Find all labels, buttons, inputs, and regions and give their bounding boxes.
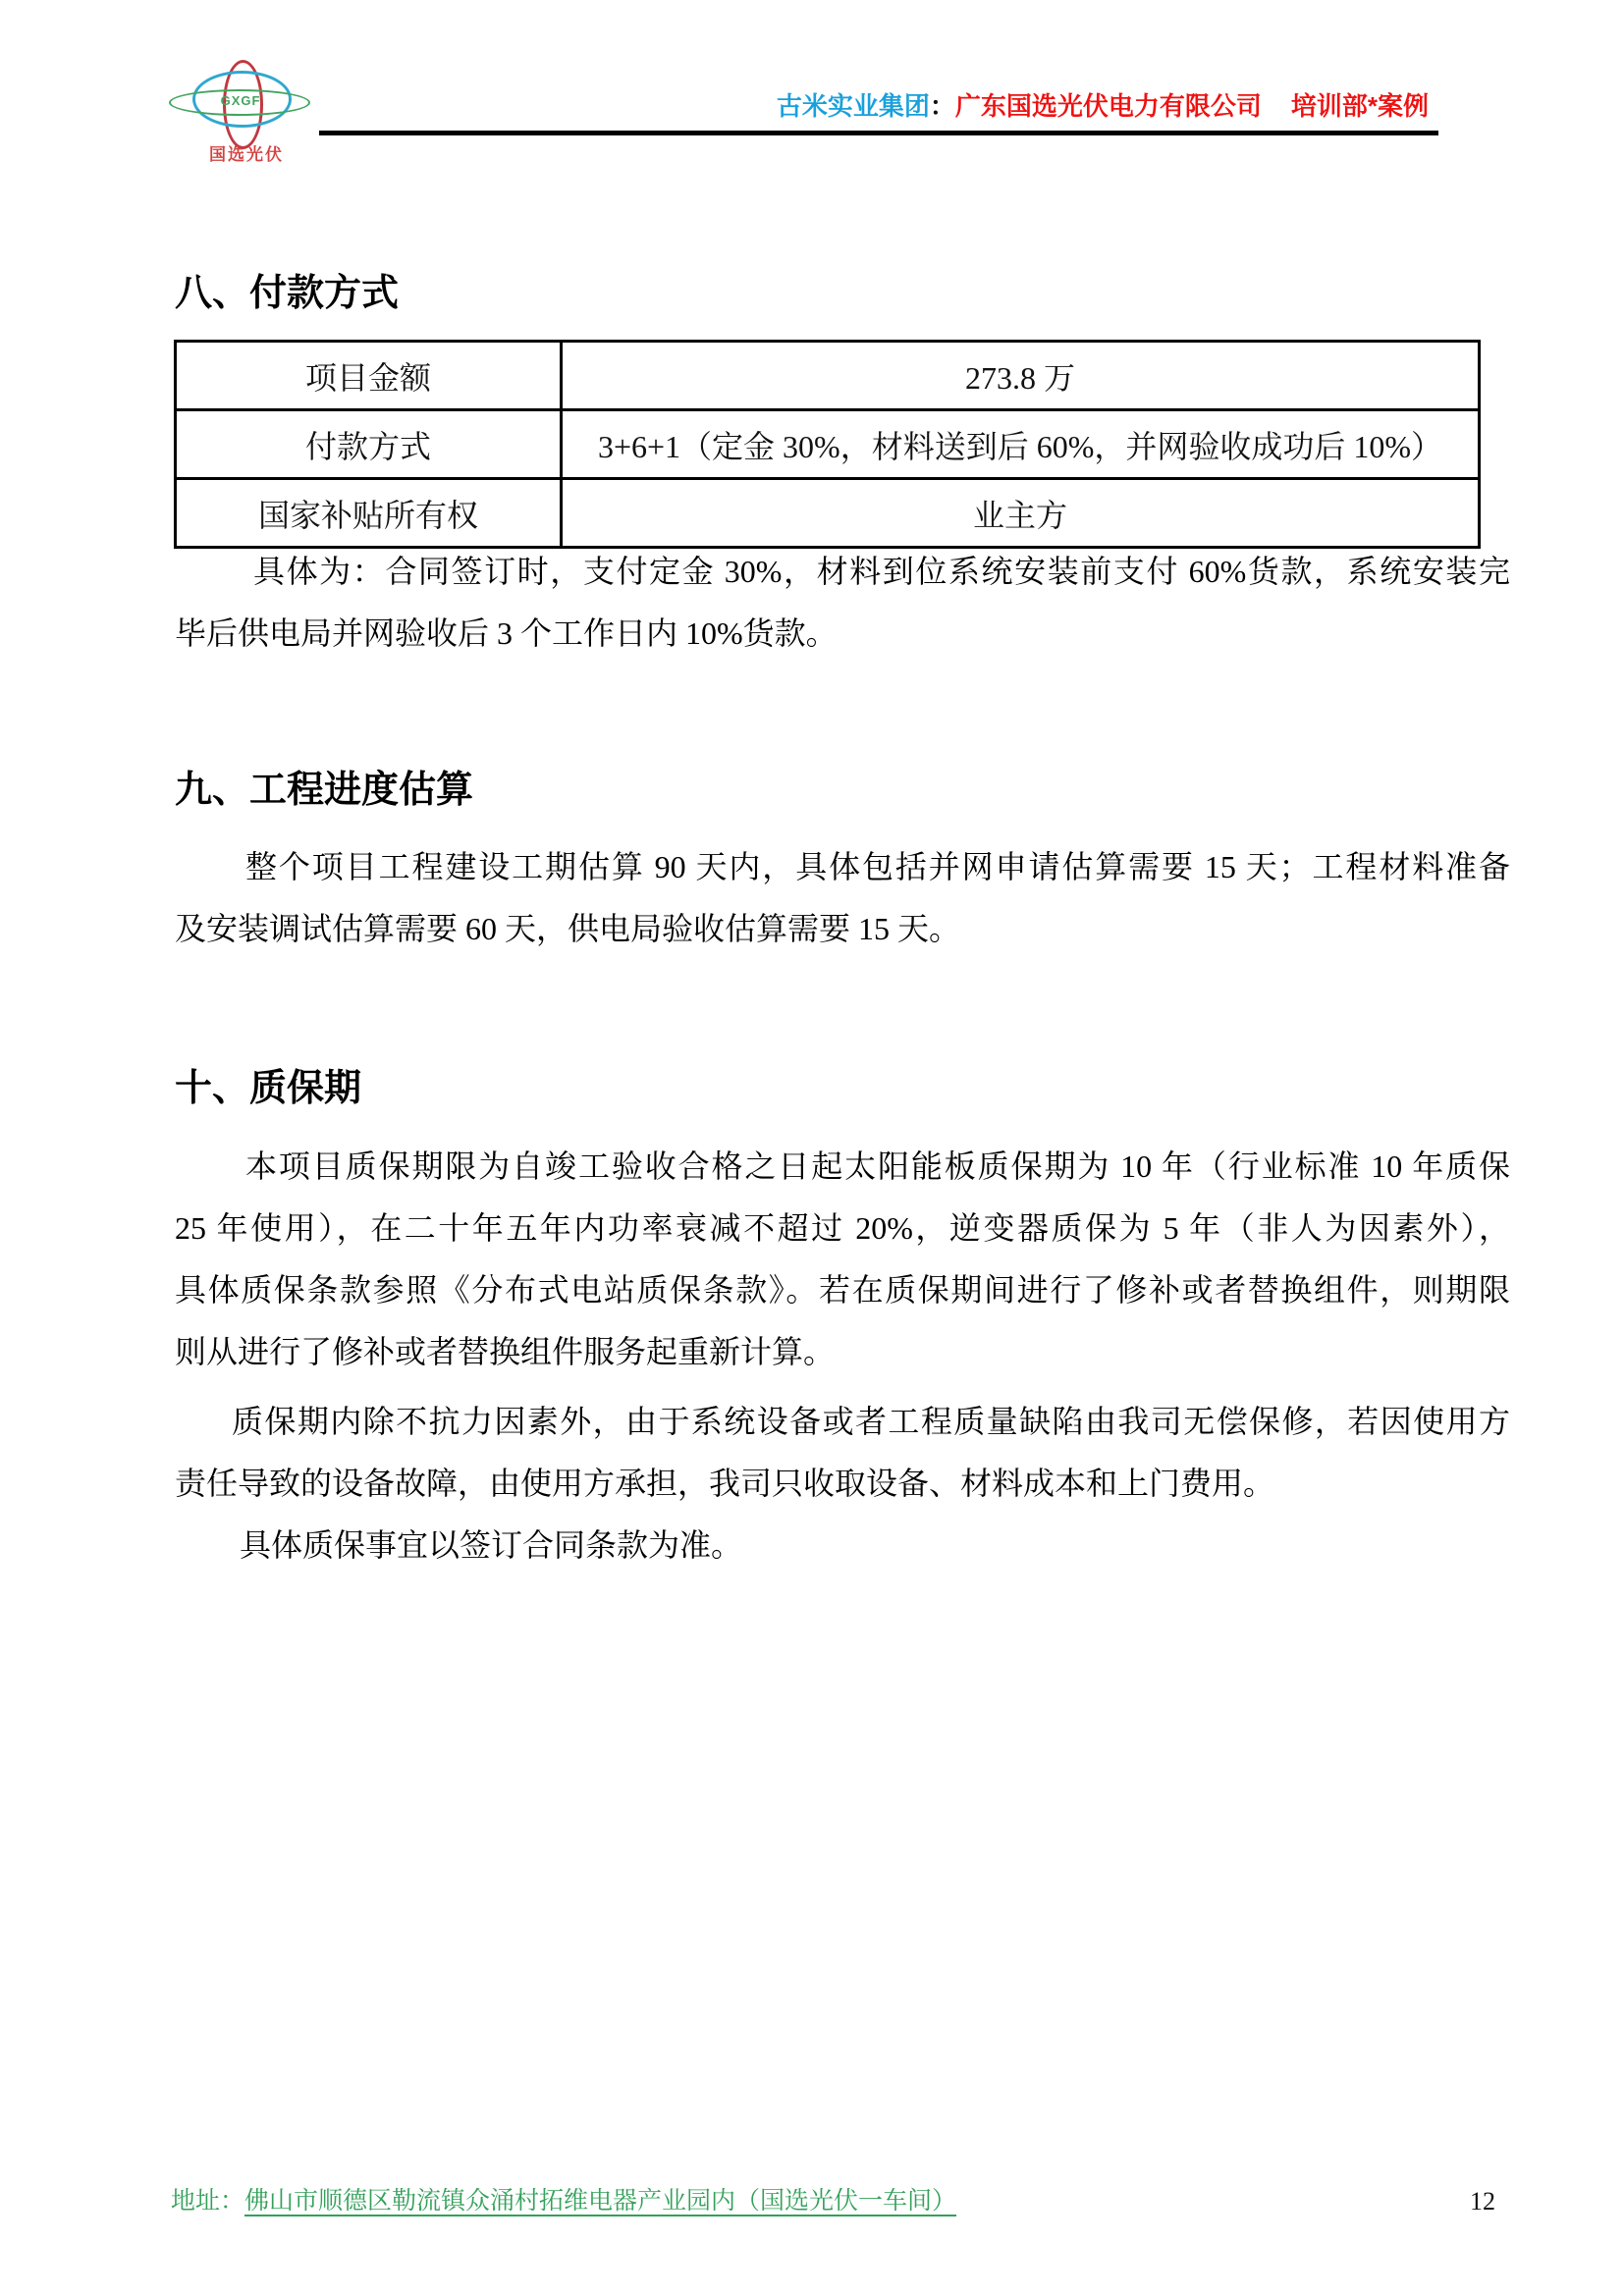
table-cell-value: 3+6+1（定金 30%，材料送到后 60%，并网验收成功后 10%） bbox=[562, 410, 1480, 479]
header-rule bbox=[319, 131, 1438, 135]
table-row: 国家补贴所有权 业主方 bbox=[176, 479, 1480, 548]
warranty-paragraph-1: 本项目质保期限为自竣工验收合格之日起太阳能板质保期为 10 年（行业标准 10 … bbox=[175, 1136, 1510, 1383]
paragraph-line: 毕后供电局并网验收后 3 个工作日内 10%货款。 bbox=[175, 603, 1510, 665]
warranty-paragraph-2: 质保期内除不抗力因素外，由于系统设备或者工程质量缺陷由我司无偿保修，若因使用方 … bbox=[175, 1391, 1510, 1515]
table-cell-label: 项目金额 bbox=[176, 342, 562, 410]
document-page: GXGF 国选光伏 古米实业集团：广东国选光伏电力有限公司培训部*案例 八、付款… bbox=[0, 0, 1624, 2296]
logo-brand-text: 国选光伏 bbox=[205, 140, 288, 165]
logo-acronym: GXGF bbox=[210, 93, 271, 108]
header-company-name: 广东国选光伏电力有限公司 bbox=[955, 91, 1262, 121]
footer-address: 地址：佛山市顺德区勒流镇众涌村拓维电器产业园内（国选光伏一车间） bbox=[171, 2185, 956, 2218]
table-cell-value: 业主方 bbox=[562, 479, 1480, 548]
table-cell-label: 国家补贴所有权 bbox=[176, 479, 562, 548]
section-heading-schedule: 九、工程进度估算 bbox=[175, 768, 473, 813]
warranty-paragraph-3: 具体质保事宜以签订合同条款为准。 bbox=[175, 1515, 1510, 1576]
paragraph-line: 及安装调试估算需要 60 天，供电局验收估算需要 15 天。 bbox=[175, 898, 1510, 960]
footer-address-link[interactable]: 佛山市顺德区勒流镇众涌村拓维电器产业园内（国选光伏一车间） bbox=[244, 2188, 956, 2215]
paragraph-line: 具体质保条款参照《分布式电站质保条款》。若在质保期间进行了修补或者替换组件，则期… bbox=[175, 1259, 1510, 1321]
paragraph-line: 责任导致的设备故障，由使用方承担，我司只收取设备、材料成本和上门费用。 bbox=[175, 1453, 1510, 1515]
paragraph-line: 具体质保事宜以签订合同条款为准。 bbox=[175, 1515, 1510, 1576]
section-heading-warranty: 十、质保期 bbox=[175, 1066, 361, 1111]
table-cell-label: 付款方式 bbox=[176, 410, 562, 479]
page-number: 12 bbox=[1470, 2185, 1495, 2218]
header-dept-label: 培训部*案例 bbox=[1291, 91, 1429, 121]
paragraph-line: 本项目质保期限为自竣工验收合格之日起太阳能板质保期为 10 年（行业标准 10 … bbox=[175, 1136, 1510, 1198]
table-cell-value: 273.8 万 bbox=[562, 342, 1480, 410]
paragraph-line: 25 年使用），在二十年五年内功率衰减不超过 20%，逆变器质保为 5 年（非人… bbox=[175, 1198, 1510, 1259]
header-group-name: 古米实业集团 bbox=[777, 91, 930, 121]
header-colon: ： bbox=[930, 91, 955, 121]
payment-detail-paragraph: 具体为：合同签订时，支付定金 30%，材料到位系统安装前支付 60%货款，系统安… bbox=[175, 541, 1510, 665]
table-row: 项目金额 273.8 万 bbox=[176, 342, 1480, 410]
paragraph-line: 整个项目工程建设工期估算 90 天内，具体包括并网申请估算需要 15 天；工程材… bbox=[175, 836, 1510, 898]
table-row: 付款方式 3+6+1（定金 30%，材料送到后 60%，并网验收成功后 10%） bbox=[176, 410, 1480, 479]
section-heading-payment: 八、付款方式 bbox=[175, 271, 399, 316]
payment-table: 项目金额 273.8 万 付款方式 3+6+1（定金 30%，材料送到后 60%… bbox=[174, 340, 1481, 549]
paragraph-line: 则从进行了修补或者替换组件服务起重新计算。 bbox=[175, 1321, 1510, 1383]
schedule-paragraph: 整个项目工程建设工期估算 90 天内，具体包括并网申请估算需要 15 天；工程材… bbox=[175, 836, 1510, 960]
footer-address-label: 地址： bbox=[171, 2188, 244, 2215]
paragraph-line: 具体为：合同签订时，支付定金 30%，材料到位系统安装前支付 60%货款，系统安… bbox=[175, 541, 1510, 603]
paragraph-line: 质保期内除不抗力因素外，由于系统设备或者工程质量缺陷由我司无偿保修，若因使用方 bbox=[175, 1391, 1510, 1453]
header-title: 古米实业集团：广东国选光伏电力有限公司培训部*案例 bbox=[777, 86, 1429, 123]
